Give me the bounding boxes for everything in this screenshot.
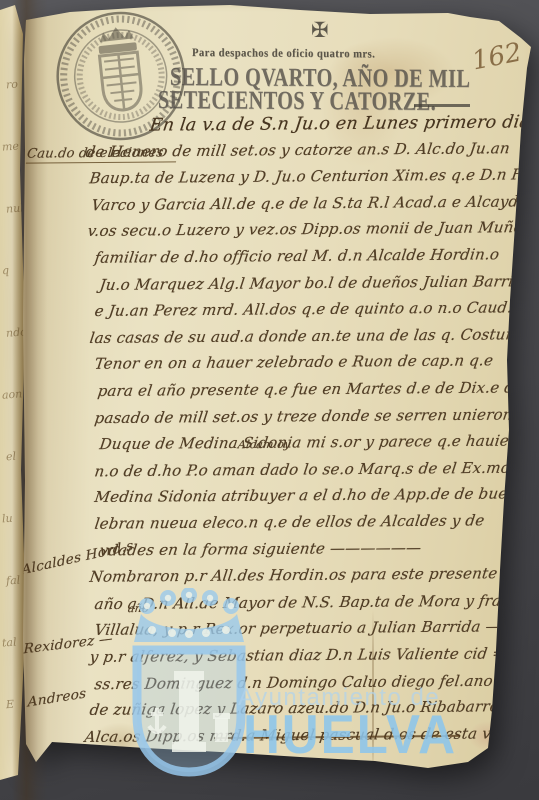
manuscript-line: Baup.ta de Luzena y D. Ju.o Centurion Xi… [89, 165, 539, 187]
manuscript-line: las casas de su aud.a donde an.te una de… [89, 325, 539, 347]
manuscript-line: para el año presente q.e fue en Martes d… [97, 378, 539, 400]
manuscript-line: Ju.o Marquez Alg.l Mayor bo.l de dueños … [99, 272, 534, 294]
manuscript-line: lebran nueua eleco.n q.e de ellos de Alc… [94, 511, 486, 532]
manuscript-line: pasado de mill set.os y treze donde se s… [94, 404, 539, 426]
manuscript-line: Alca.os Dipp.os mrd.a Miguel pascual d.o… [84, 724, 530, 746]
margin-note-andres: Andreos [28, 686, 87, 711]
manuscript-line: y p.r alferez, y Sebastian diaz D.n Luis… [89, 644, 539, 666]
manuscript-line: de zuñiga lopez y Lazaro azeu.do D.n Ju.… [89, 697, 518, 719]
manuscript-line: de Henero de mill set.os y catorze an.s … [85, 139, 512, 161]
manuscript-line: año a D.n All.de Mayor de N.S. Bap.ta de… [94, 591, 539, 613]
manuscript-line: Tenor en on a hauer zelebrado e Ruon de … [94, 352, 495, 373]
manuscript-line: Duque de Medina Sidonia mi s.or y parece… [99, 431, 539, 453]
manuscript-line: e Ju.an Perez mrd. All.dos q.e de quinto… [94, 298, 539, 320]
folio-number: 162 [470, 38, 524, 77]
manuscript-line: n.o de d.ho P.o aman dado lo se.o Marq.s… [93, 457, 539, 480]
manuscript-line: Medina Sidonia atribuyer a el d.ho de Ap… [94, 484, 539, 506]
manuscript-sheet: ✠ Para despachos de oficio quatro mrs. S… [0, 0, 539, 800]
printed-rule [414, 104, 470, 107]
printed-seal-line-2: SETECIENTOS Y CATORZE. [158, 85, 436, 117]
manuscript-line: ss.res Dominguez d.n Domingo Caluo diego… [94, 670, 539, 692]
manuscript-line: En la v.a de S.n Ju.o en Lunes primero d… [148, 112, 531, 135]
paper-wrap: ✠ Para despachos de oficio quatro mrs. S… [0, 0, 539, 800]
manuscript-line: Varco y Garcia All.de q.e de la S.ta R.l… [91, 192, 539, 214]
printed-fee-line: Para despachos de oficio quatro mrs. [192, 47, 431, 61]
manuscript-line: Villalua, y p.r Rex.or perpetuario a Jul… [94, 617, 533, 639]
maltese-cross-icon: ✠ [311, 18, 329, 42]
manuscript-line: familiar de d.ho officio real M. d.n Alc… [94, 245, 501, 267]
manuscript-line: Nombraron p.r All.des Hordin.os para est… [89, 564, 499, 586]
manuscript-line: vdades en la forma siguiente —————— [99, 538, 423, 559]
manuscript-line: v.os secu.o Luzero y vez.os Dipp.os moni… [87, 218, 533, 240]
manuscript-line: Re.o de lo qual —————————— [84, 751, 360, 771]
